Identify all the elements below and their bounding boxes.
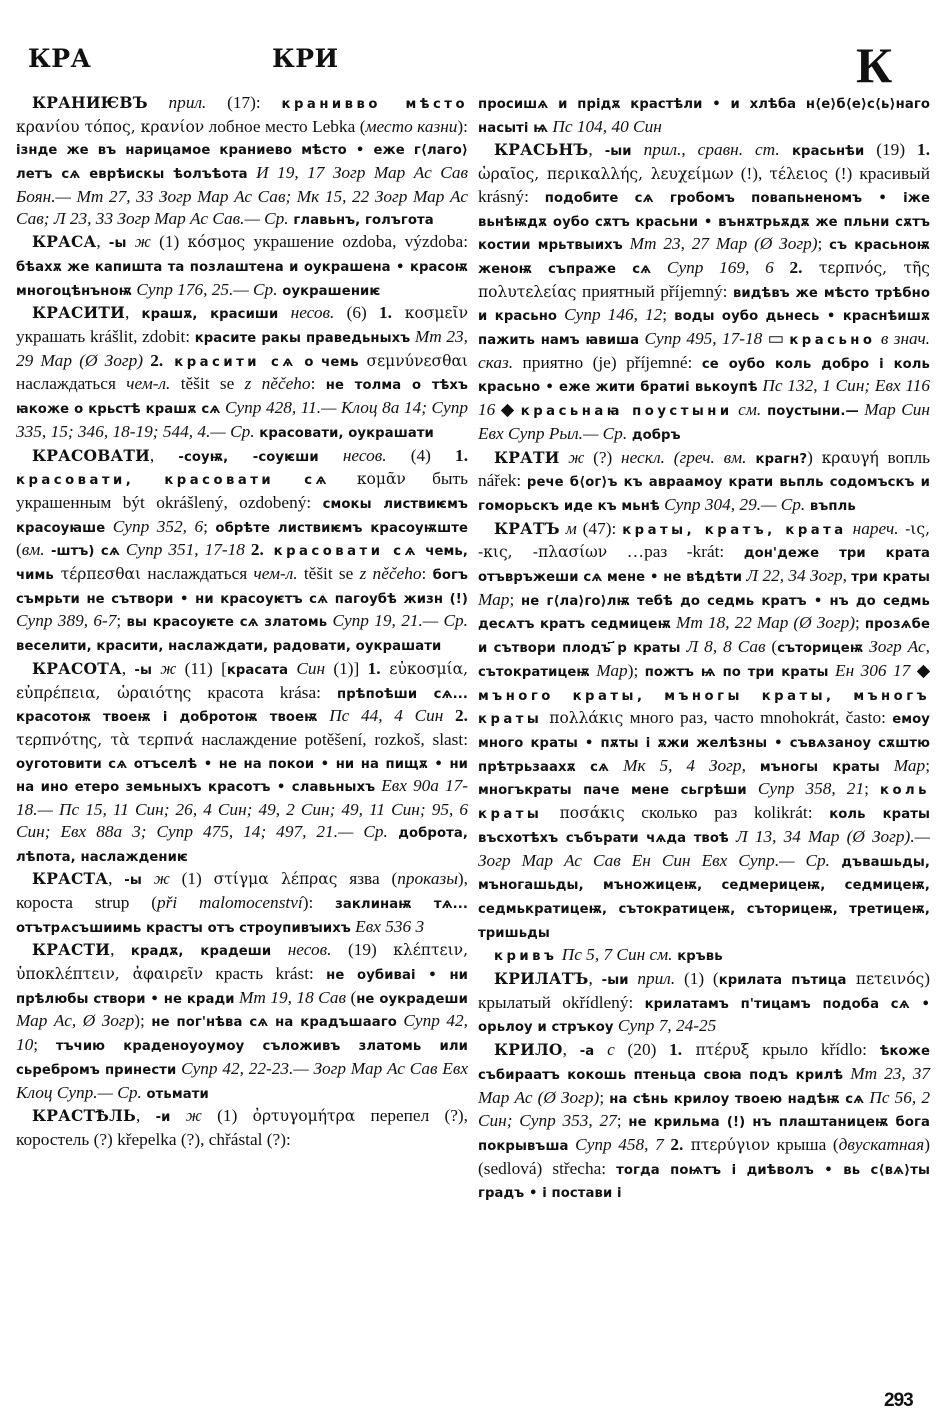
entry-text: 1. — [379, 303, 392, 322]
entry-text: Зогр Ас — [863, 637, 925, 656]
section-letter: К — [856, 36, 892, 94]
entry-text: z něčeho — [360, 564, 422, 583]
entry-headword: КРАСТИ — [32, 940, 110, 959]
entry-text: красовати, оукрашати — [255, 426, 434, 441]
page-number: 293 — [884, 1390, 913, 1412]
entry-text: , — [150, 446, 178, 465]
entry-text: несов. — [278, 303, 334, 322]
entry-text: Син — [288, 659, 325, 678]
dictionary-entry: КРАСТИ, крадѫ, крадеши несов. (19) κλέπτ… — [16, 939, 468, 1105]
entry-headword: КРАСТА — [32, 869, 108, 888]
entry-text: добръ — [627, 428, 680, 443]
entry-text: три краты — [851, 570, 930, 585]
entry-text: 1. — [917, 140, 930, 159]
entry-text: (1)] — [325, 659, 367, 678]
entry-text: (!), — [734, 164, 770, 183]
dictionary-entry: КРИЛАТЪ, -ыи прил. (1) (крилата пътица π… — [478, 968, 930, 1039]
entry-text: ж — [127, 232, 151, 251]
entry-text: ; — [864, 779, 880, 798]
entry-text: кранивво мѣсто — [282, 97, 468, 112]
entry-text: крыша ( — [770, 1135, 839, 1154]
entry-text: Л 22, 34 Зогр — [742, 566, 843, 585]
entry-text: , — [96, 232, 109, 251]
entry-text: πτέρυξ — [682, 1041, 749, 1059]
entry-text: ; — [818, 234, 830, 253]
entry-text: ; — [925, 756, 930, 775]
dictionary-entry: КРАСОВАТИ, -соуѭ, -соуѥши несов. (4) 1. … — [16, 445, 468, 658]
entry-text: красота krása: — [191, 683, 337, 702]
entry-text: ; — [203, 517, 215, 536]
entry-text: крадѫ, крадеши — [131, 944, 271, 959]
entry-text: Супр 169, 6 — [651, 258, 789, 277]
entry-text: наслаждение potěšení, rozkoš, slast: — [194, 730, 468, 749]
entry-text: ( — [346, 988, 356, 1007]
entry-text: 1. — [455, 446, 468, 465]
entry-text: Мт 18, 22 Мар (Ø Зогр) — [671, 613, 855, 632]
entry-text: двускатная — [839, 1135, 925, 1154]
entry-headword: КРИЛАТЪ — [494, 969, 589, 988]
left-column: КРАНИѤВЪ прил. (17): кранивво мѣсто κραν… — [16, 92, 468, 1151]
entry-text: Супр 176, 25.— Ср. — [132, 280, 277, 299]
entry-text: 2. — [670, 1135, 683, 1154]
entry-text: много раз, часто mnohokrát, často: — [623, 708, 892, 727]
entry-text: 1. — [669, 1040, 682, 1059]
entry-headword: КРАСОТА — [32, 659, 122, 678]
entry-text: Мар — [478, 590, 509, 609]
entry-text: красовати сѧ — [264, 544, 419, 559]
entry-text: σεμνύνεσθαι — [359, 352, 468, 370]
entry-text: Супр 358, 21 — [747, 779, 864, 798]
entry-text: Пс 44, 4 Син — [318, 706, 456, 725]
entry-text: κρανίου τόπος, κρανίον — [16, 118, 204, 136]
entry-text: с — [594, 1040, 614, 1059]
entry-text: вы красоуѥте сѧ златомь — [127, 615, 328, 630]
entry-text: Пс 104, 40 Син — [548, 117, 662, 136]
dictionary-entry: просишѧ и прідѫ крастѣли • и хлѣба н⟨е⟩б… — [478, 92, 930, 139]
entry-text: Пс 5, 7 Син см. — [557, 945, 672, 964]
entry-text: прил., сравн. ст. — [632, 140, 780, 159]
entry-text: ж — [152, 659, 176, 678]
entry-text: (6) — [334, 303, 379, 322]
entry-text: место казни — [365, 117, 457, 136]
entry-text: ); — [628, 661, 645, 680]
entry-text: : — [311, 374, 326, 393]
entry-text: ж — [142, 869, 170, 888]
running-head-left: КРА — [28, 44, 91, 73]
entry-text: пожтъ ѩ по три краты — [645, 665, 829, 680]
entry-text: (1) — [151, 232, 188, 251]
entry-text: ◆ — [495, 400, 521, 419]
entry-text: , — [125, 303, 142, 322]
entry-text: Супр 7, 24-25 — [614, 1016, 717, 1035]
entry-text: чем-л. — [126, 374, 170, 393]
entry-text: -ы — [109, 236, 127, 251]
entry-text: , — [122, 659, 135, 678]
entry-text: , — [563, 1040, 580, 1059]
entry-text: -ы — [134, 663, 152, 678]
entry-text: (19) — [864, 140, 917, 159]
entry-text: чем-л. — [253, 564, 297, 583]
entry-text: těšit se — [170, 374, 244, 393]
dictionary-entry: КРАСА, -ы ж (1) κόσμος украшение ozdoba,… — [16, 231, 468, 302]
entry-text: …раз -krát: — [607, 542, 744, 561]
entry-text: крилата пътица — [719, 973, 847, 988]
entry-text: ▭ — [762, 329, 789, 348]
entry-headword: КРАСТѢЛЬ — [32, 1106, 136, 1125]
entry-headword: КРАТЪ — [494, 519, 560, 538]
entry-text: ) — [807, 448, 821, 467]
entry-text: красовати, красовати сѧ — [16, 473, 330, 488]
entry-text: красть krást: — [203, 964, 326, 983]
entry-text: , — [108, 869, 124, 888]
entry-text: крыло křídlo: — [749, 1040, 879, 1059]
entry-text: -ыи — [602, 973, 629, 988]
entry-headword: КРАСИТИ — [32, 303, 125, 322]
entry-text: Мар Ас, Ø Зогр — [16, 1011, 134, 1030]
entry-text: Супр 19, 21.— Ср. — [327, 611, 468, 630]
entry-headword: КРАНИѤВЪ — [32, 93, 148, 112]
dictionary-entry: КРАСТА, -ы ж (1) στίγμα λέπρας язва (про… — [16, 868, 468, 939]
entry-text: ὡραῖος, περικαλλής, λευχείμων — [478, 165, 734, 183]
entry-text: (1) — [170, 869, 214, 888]
entry-text: веселити, красити, наслаждати, радовати,… — [16, 639, 441, 654]
entry-text: Мар — [880, 756, 925, 775]
entry-text: , — [589, 969, 602, 988]
entry-text: вм. — [22, 540, 45, 559]
entry-text: нескл. (греч. вм. — [621, 448, 746, 467]
entry-text: τέλειος — [769, 165, 828, 183]
entry-text: несов. — [319, 446, 387, 465]
entry-text: красити сѧ — [163, 355, 297, 370]
entry-headword: КРАСОВАТИ — [32, 446, 150, 465]
entry-text: Супр 495, 17-18 — [639, 329, 762, 348]
entry-text: Супр 146, 12 — [557, 305, 662, 324]
entry-text: τερπνότης, τὰ τερπνά — [16, 731, 194, 749]
entry-text: , — [926, 637, 930, 656]
entry-text: ποσάκις — [542, 804, 624, 822]
entry-text: κομᾶν — [330, 470, 406, 488]
dictionary-entry: КРИЛО, -а с (20) 1. πτέρυξ крыло křídlo:… — [478, 1039, 930, 1205]
entry-text: při malomocenství — [157, 893, 303, 912]
entry-text: , — [588, 140, 604, 159]
entry-text: 2. — [251, 540, 264, 559]
entry-text: 2. — [790, 258, 803, 277]
dictionary-entry: КРАСИТИ, крашѫ, красиши несов. (6) 1. κο… — [16, 302, 468, 444]
dictionary-entry: КРАНИѤВЪ прил. (17): кранивво мѣсто κραν… — [16, 92, 468, 231]
entry-text: красата — [227, 663, 288, 678]
entry-text: ( — [765, 637, 777, 656]
entry-text: ; — [33, 1035, 56, 1054]
entry-text: Л 8, 8 Сав — [681, 637, 766, 656]
entry-text: πετεινός — [846, 970, 924, 988]
entry-text: ; — [855, 613, 865, 632]
entry-text: оукрашениѥ — [278, 284, 381, 299]
entry-text: 2. — [150, 351, 163, 370]
entry-text: , — [843, 566, 852, 585]
dictionary-entry: КРАСЬНЪ, -ыи прил., сравн. ст. красьнѣи … — [478, 139, 930, 446]
entry-text: Мар — [590, 661, 628, 680]
entry-text: 1. — [368, 659, 381, 678]
entry-text: красьно — [789, 333, 875, 348]
entry-text: κόσμος — [188, 233, 246, 251]
entry-text: кривъ — [494, 949, 557, 964]
entry-text: крашѫ, красиши — [142, 307, 279, 322]
entry-text: прил. — [148, 93, 207, 112]
entry-text: Супр 351, 17-18 — [120, 540, 251, 559]
entry-text: ; — [662, 305, 674, 324]
entry-text: поустыни.— — [761, 404, 859, 419]
dictionary-entry: кривъ Пс 5, 7 Син см. кръвь — [478, 944, 930, 968]
dictionary-entry: КРАСОТА, -ы ж (11) [красата Син (1)] 1. … — [16, 658, 468, 868]
entry-text: z něčeho — [245, 374, 311, 393]
entry-text: (19) — [331, 940, 393, 959]
entry-text: τέρπεσθαι — [54, 565, 141, 583]
entry-text: язва ( — [337, 869, 397, 888]
entry-text: приятный příjemný: — [576, 282, 733, 301]
entry-text: лобное место Lebka ( — [204, 117, 365, 136]
entry-text: Супр 389, 6-7 — [16, 611, 116, 630]
entry-text: главьнъ, голъгота — [289, 213, 434, 228]
entry-text: (17): — [206, 93, 281, 112]
entry-text: Мк 5, 4 Зогр — [609, 756, 741, 775]
entry-text: украшение ozdoba, výzdoba: — [245, 232, 468, 251]
entry-text: -штъ) сѧ — [45, 544, 120, 559]
entry-text: κραυγή — [822, 449, 879, 467]
entry-text: -и — [156, 1110, 171, 1125]
entry-text: обрѣте листвиѥмъ красоуѭште — [215, 521, 468, 536]
entry-text: ; — [116, 611, 126, 630]
entry-text: , — [136, 1106, 156, 1125]
entry-text: прил. — [629, 969, 676, 988]
entry-text: Мт 19, 18 Сав — [235, 988, 346, 1007]
entry-text: красите ракы праведьныхъ — [195, 331, 411, 346]
entry-text: просишѧ и прідѫ крастѣли • и хлѣба н⟨е⟩б… — [478, 97, 930, 136]
entry-text: ; — [599, 1088, 609, 1107]
entry-headword: КРАСА — [32, 232, 96, 251]
entry-text: -а — [580, 1044, 595, 1059]
entry-text: -ыи — [605, 144, 632, 159]
entry-text: краты, кратъ, крата — [622, 523, 846, 538]
right-column: просишѧ и прідѫ крастѣли • и хлѣба н⟨е⟩б… — [478, 92, 930, 1205]
entry-text: крагн? — [746, 452, 807, 467]
entry-text: съторицеѭ — [777, 641, 863, 656]
entry-text: Супр 304, 29.— Ср. — [660, 495, 805, 514]
entry-text: красьнѣи — [780, 144, 865, 159]
entry-headword: КРИЛО — [494, 1040, 563, 1059]
entry-text: ): — [457, 117, 468, 136]
entry-text: (20) — [615, 1040, 669, 1059]
entry-text: (47): — [577, 519, 622, 538]
entry-text: -соуѭ, -соуѥши — [178, 450, 318, 465]
entry-text: (?) — [584, 448, 621, 467]
entry-text: ◆ — [910, 661, 930, 680]
entry-text: м — [560, 519, 577, 538]
dictionary-entry: КРАТИ ж (?) нескл. (греч. вм. крагн?) κρ… — [478, 447, 930, 518]
entry-text: ): — [303, 893, 335, 912]
entry-text: нареч. — [847, 519, 899, 538]
entry-text: (11) [ — [176, 659, 226, 678]
entry-text: приятно (je) příjemné: — [513, 353, 702, 372]
entry-text: кръвь — [673, 949, 723, 964]
entry-text: многъкраты паче мене сьгрѣши — [478, 783, 747, 798]
dictionary-entry: КРАСТѢЛЬ, -и ж (1) ὀρτυγομήτρα перепел (… — [16, 1105, 468, 1150]
entry-text: см. — [733, 400, 762, 419]
entry-text: , — [742, 756, 760, 775]
entry-text: не оукрадеши — [356, 992, 468, 1007]
entry-text: ж — [171, 1106, 202, 1125]
entry-text: не пог'нѣва сѧ на крадъшааго — [151, 1015, 397, 1030]
entry-text: украшать krášlit, zdobit: — [16, 327, 195, 346]
entry-headword: КРАСЬНЪ — [494, 140, 588, 159]
running-head: КРА КРИ К — [0, 40, 950, 90]
entry-text: Ен 306 17 — [829, 661, 911, 680]
entry-text: ; — [509, 590, 521, 609]
entry-text: въпль — [805, 499, 856, 514]
entry-text: : — [422, 564, 433, 583]
entry-text: сътократицеѭ — [478, 665, 590, 680]
entry-text: наслаждаться — [16, 374, 126, 393]
entry-text: наслаждаться — [141, 564, 253, 583]
entry-text: στίγμα λέπρας — [214, 870, 338, 888]
entry-text: ὀρτυγομήτρα — [253, 1107, 356, 1125]
entry-text: на сѣнь крилоу твоею надѣѭ сѧ — [609, 1092, 864, 1107]
entry-text: , — [110, 940, 131, 959]
running-head-center: КРИ — [272, 44, 339, 73]
entry-text: Мт 23, 27 Мар (Ø Зогр) — [623, 234, 818, 253]
entry-text: проказы — [397, 869, 458, 888]
entry-text: (1) ( — [675, 969, 719, 988]
entry-text: красьнаꙗ поустыни — [521, 404, 733, 419]
entry-text: πτερύγιον — [683, 1136, 770, 1154]
entry-text: ж — [560, 448, 585, 467]
entry-text: Евх 536 3 — [351, 917, 424, 936]
entry-text: мъногы краты — [760, 760, 880, 775]
dictionary-entry: КРАТЪ м (47): краты, кратъ, крата нареч.… — [478, 518, 930, 945]
entry-text: ; — [617, 1111, 629, 1130]
entry-text: κοσμεῖν — [392, 304, 468, 322]
entry-text: -ы — [124, 873, 142, 888]
entry-text: несов. — [271, 940, 331, 959]
entry-text: Супр 458, 7 — [569, 1135, 671, 1154]
entry-text: (4) — [387, 446, 455, 465]
entry-text: сколько раз kolikrát: — [625, 803, 830, 822]
entry-text: (1) — [202, 1106, 253, 1125]
entry-text: 2. — [455, 706, 468, 725]
entry-headword: КРАТИ — [494, 448, 560, 467]
entry-text: těšit se — [298, 564, 360, 583]
entry-text: Супр 352, 6 — [105, 517, 203, 536]
entry-text: ); — [134, 1011, 151, 1030]
entry-text: πολλάκις — [542, 709, 623, 727]
entry-text: о чемь — [297, 355, 359, 370]
entry-text: отьмати — [142, 1087, 209, 1102]
